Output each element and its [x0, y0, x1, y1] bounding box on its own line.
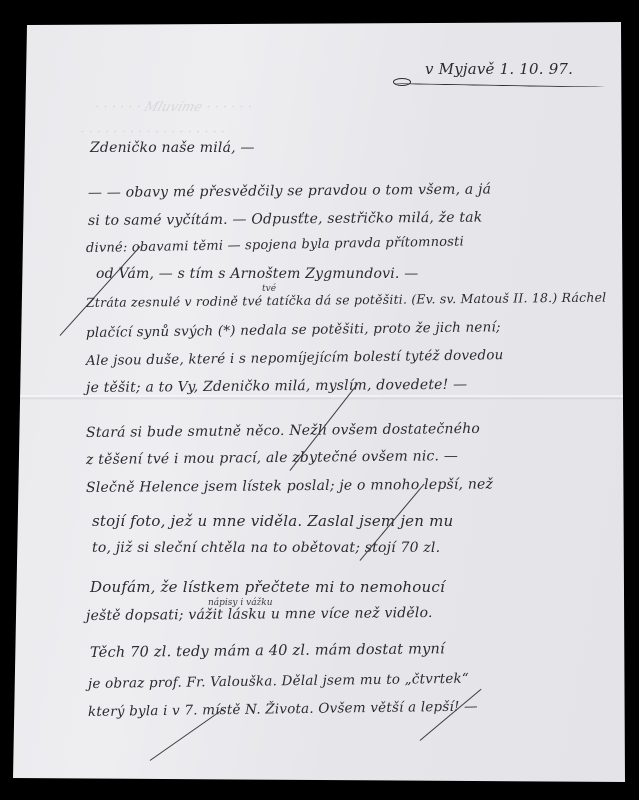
bleed-through-text: · · · · · · Mluvíme · · · · · ·	[93, 100, 254, 115]
letter-line: od Vám, — s tím s Arnoštem Zygmundovi. —	[96, 266, 418, 282]
letter-line: to, již si sleční chtěla na to obětovat;…	[92, 540, 440, 556]
letter-line: ještě dopsati; vážit lásku u mne více ne…	[86, 605, 433, 624]
letter-date: v Myjavě 1. 10. 97.	[425, 60, 573, 78]
letter-salutation: Zdeničko naše milá, —	[90, 140, 255, 156]
letter-line: je těšit; a to Vy, Zdeničko milá, myslím…	[86, 377, 467, 396]
bleed-through-text: · · · · · · · · · · · · · · · · · ·	[78, 125, 228, 140]
letter-line: Doufám, že lístkem přečtete mi to nemoho…	[90, 578, 445, 596]
